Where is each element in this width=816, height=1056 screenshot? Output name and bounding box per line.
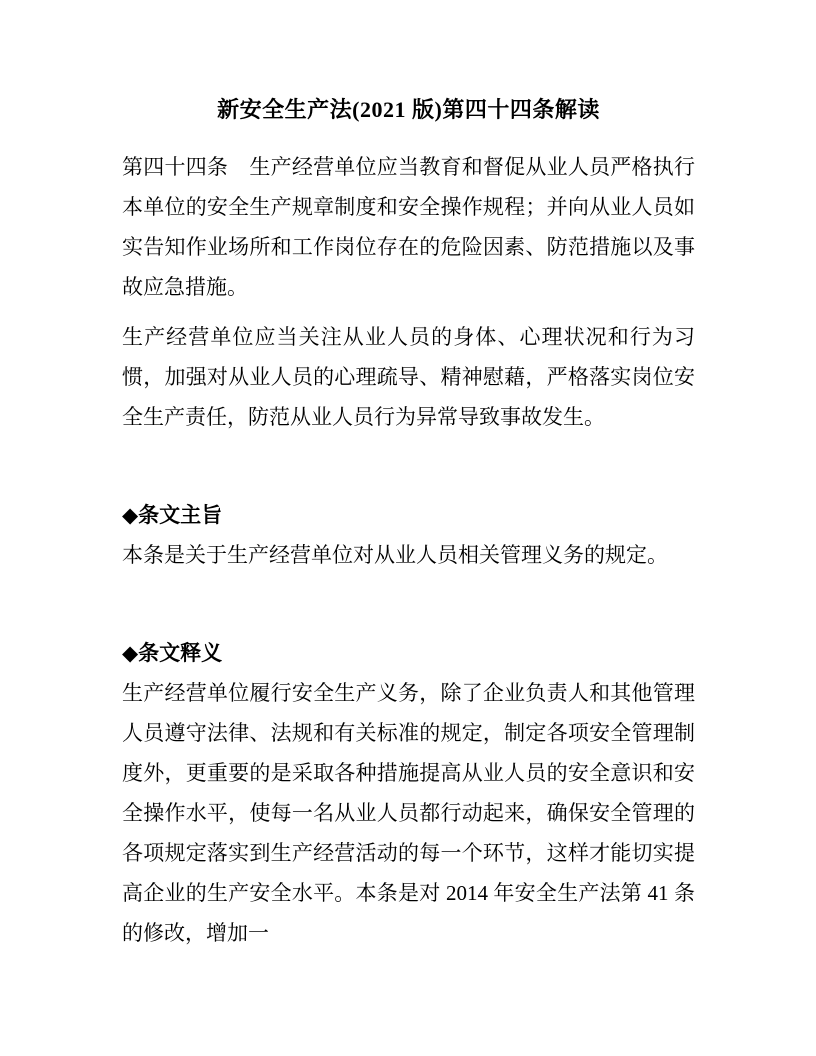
document-page: 新安全生产法(2021 版)第四十四条解读 第四十四条 生产经营单位应当教育和督… (0, 0, 816, 1056)
paragraph-main-purpose-body: 本条是关于生产经营单位对从业人员相关管理义务的规定。 (122, 535, 695, 575)
paragraph-article-text-2: 生产经营单位应当关注从业人员的身体、心理状况和行为习惯，加强对从业人员的心理疏导… (122, 317, 695, 437)
section-heading-interpretation: ◆条文释义 (122, 633, 695, 673)
section-heading-main-purpose: ◆条文主旨 (122, 495, 695, 535)
paragraph-interpretation-body: 生产经营单位履行安全生产义务，除了企业负责人和其他管理人员遵守法律、法规和有关标… (122, 673, 695, 953)
document-title: 新安全生产法(2021 版)第四十四条解读 (122, 90, 695, 130)
paragraph-article-text-1: 第四十四条 生产经营单位应当教育和督促从业人员严格执行本单位的安全生产规章制度和… (122, 147, 695, 307)
